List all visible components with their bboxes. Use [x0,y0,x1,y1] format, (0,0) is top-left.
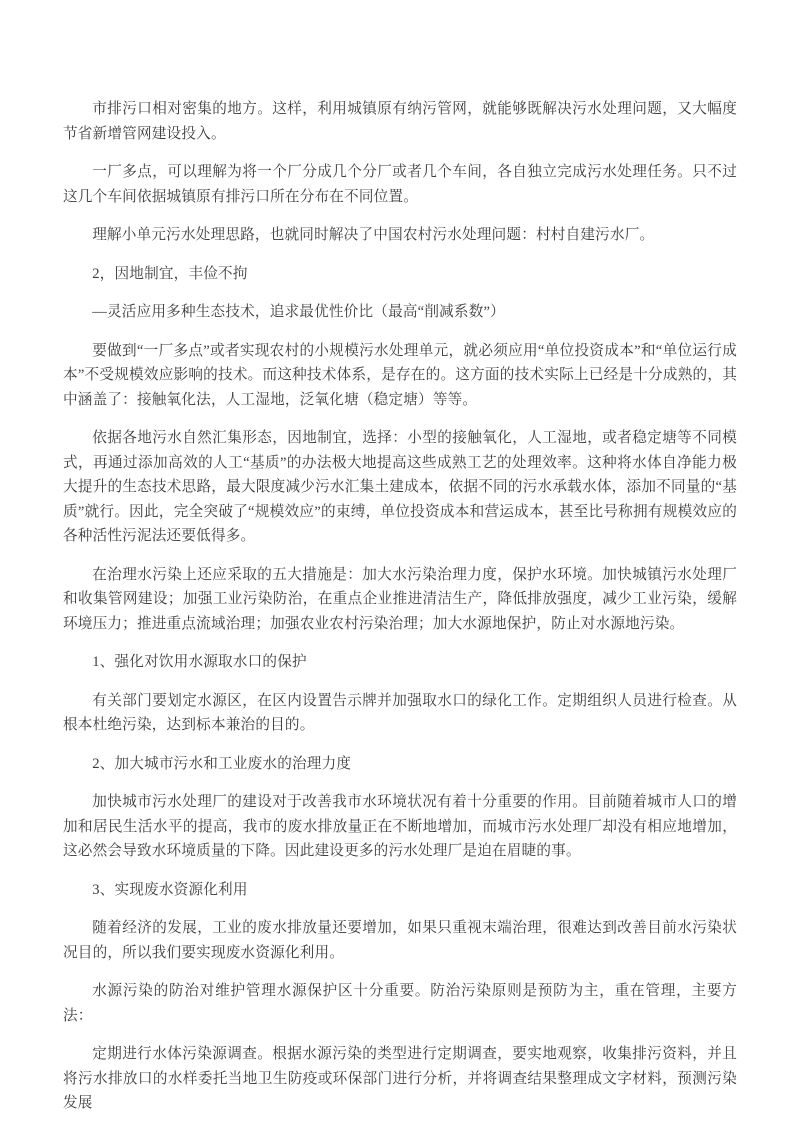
paragraph-subheading: —灵活应用多种生态技术，追求最优性价比（最高“削减系数”） [63,300,737,325]
document-page: 市排污口相对密集的地方。这样，利用城镇原有纳污管网，就能够既解决污水处理问题，又… [0,0,800,1132]
paragraph: 依据各地污水自然汇集形态，因地制宜，选择：小型的接触氧化，人工湿地，或者稳定塘等… [63,426,737,549]
document-body: 市排污口相对密集的地方。这样，利用城镇原有纳污管网，就能够既解决污水处理问题，又… [63,97,737,1116]
paragraph: 定期进行水体污染源调查。根据水源污染的类型进行定期调查，要实地观察，收集排污资料… [63,1042,737,1116]
paragraph-heading: 3、实现废水资源化利用 [63,878,737,903]
paragraph: 水源污染的防治对维护管理水源保护区十分重要。防治污染原则是预防为主，重在管理，主… [63,979,737,1028]
paragraph: 在治理水污染上还应采取的五大措施是：加大水污染治理力度，保护水环境。加快城镇污水… [63,563,737,637]
paragraph: 有关部门要划定水源区，在区内设置告示牌并加强取水口的绿化工作。定期组织人员进行检… [63,689,737,738]
paragraph-heading: 2，因地制宜，丰俭不拘 [63,262,737,287]
paragraph-heading: 2、加大城市污水和工业废水的治理力度 [63,752,737,777]
paragraph: 一厂多点，可以理解为将一个厂分成几个分厂或者几个车间，各自独立完成污水处理任务。… [63,160,737,209]
paragraph: 市排污口相对密集的地方。这样，利用城镇原有纳污管网，就能够既解决污水处理问题，又… [63,97,737,146]
paragraph: 加快城市污水处理厂的建设对于改善我市水环境状况有着十分重要的作用。目前随着城市人… [63,790,737,864]
paragraph: 要做到“一厂多点”或者实现农村的小规模污水处理单元，就必须应用“单位投资成本”和… [63,339,737,413]
paragraph: 理解小单元污水处理思路，也就同时解决了中国农村污水处理问题：村村自建污水厂。 [63,223,737,248]
paragraph: 随着经济的发展，工业的废水排放量还要增加，如果只重视末端治理，很难达到改善目前水… [63,916,737,965]
paragraph-heading: 1、强化对饮用水源取水口的保护 [63,650,737,675]
